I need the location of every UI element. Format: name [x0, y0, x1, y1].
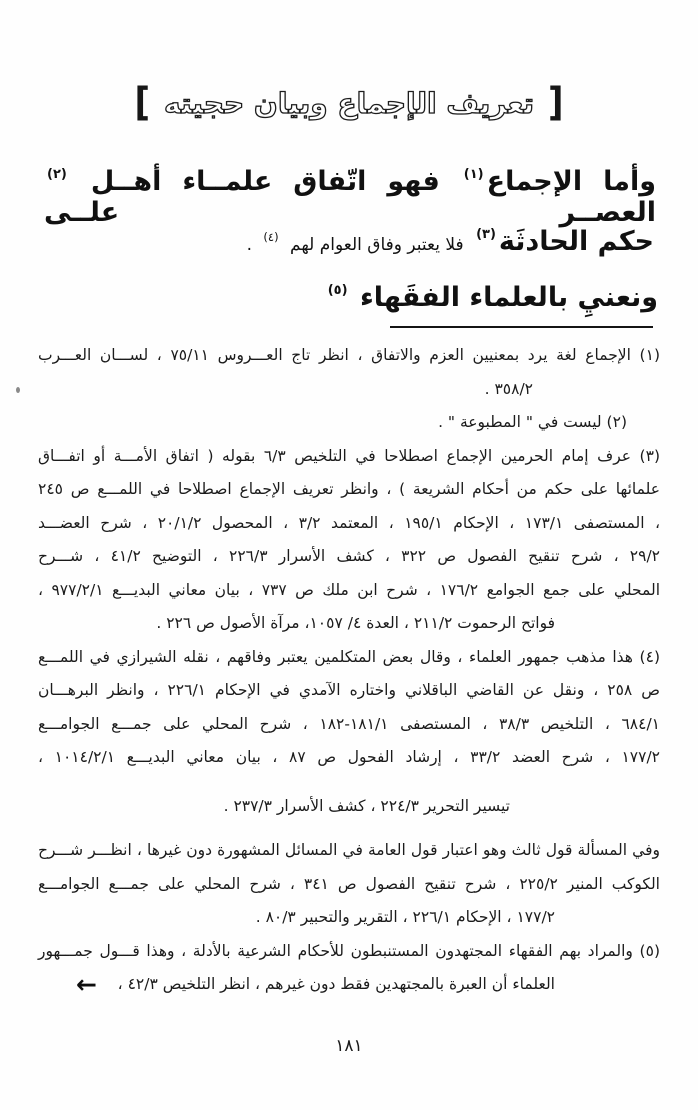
- matn-line1-seg2: فهو اتّفاق علمــاء أهــل: [91, 166, 440, 197]
- footnote-line: فواتح الرحموت ٢١١/٢ ، العدة ٤/ ١٠٥٧، مرآ…: [38, 607, 660, 641]
- footnote-line: (٥) والمراد بهم الفقهاء المجتهدون المستن…: [38, 935, 660, 969]
- footnote-line: تيسير التحرير ٢٢٤/٣ ، كشف الأسرار ٢٣٧/٣ …: [38, 790, 660, 824]
- footnote-ref-5: (٥): [328, 283, 348, 298]
- footnote-line: ، المستصفى ١٧٣/١ ، الإحكام ١٩٥/١ ، المعت…: [38, 507, 660, 541]
- footnote-separator: [390, 326, 653, 328]
- scan-speck: [16, 387, 20, 393]
- footnote-line: (١) الإجماع لغة يرد بمعنيين العزم والاتف…: [38, 339, 660, 373]
- footnote-ref-3: (٣): [476, 227, 496, 242]
- footnotes-section: (١) الإجماع لغة يرد بمعنيين العزم والاتف…: [38, 339, 660, 1002]
- matn-line3-bold: ونعنيِ بالعلماء الفقَهاء: [360, 282, 658, 313]
- footnote-line: ١٧٧/٢ ، شرح العضد ٣٣/٢ ، إرشاد الفحول ص …: [38, 741, 660, 775]
- footnote-line: (٣) عرف إمام الحرمين الإجماع اصطلاحا في …: [38, 440, 660, 474]
- heading-bracket-close: ]: [548, 83, 564, 122]
- footnote-line: وفي المسألة قول ثالث وهو اعتبار قول العا…: [38, 834, 660, 868]
- heading-bracket-open: [: [134, 83, 150, 122]
- matn-line-3: ونعنيِ بالعلماء الفقَهاء (٥): [44, 282, 658, 313]
- matn-line2-period: .: [247, 235, 252, 255]
- footnote-ref-2: (٢): [47, 167, 67, 182]
- footnote-line: ٦٨٤/١ ، التلخيص ٣٨/٣ ، المستصفى ١٨١/١-١٨…: [38, 708, 660, 742]
- heading-title: تعريف الإجماع وبيان حجيته: [164, 87, 534, 120]
- footnote-line: الكوكب المنير ٢٢٥/٢ ، شرح تنقيح الفصول ص…: [38, 868, 660, 902]
- footnote-ref-4: (٤): [263, 230, 278, 244]
- matn-line2-regular: فلا يعتبر وفاق العوام لهم: [290, 235, 464, 255]
- footnote-line: المحلي على جمع الجوامع ١٧٦/٢ ، شرح ابن م…: [38, 574, 660, 608]
- scanned-book-page: [ تعريف الإجماع وبيان حجيته ] وأما الإجم…: [0, 0, 698, 1110]
- footnote-line: ٣٥٨/٢ .: [38, 373, 660, 407]
- footnote-line: ص ٢٥٨ ، ونقل عن القاضي الباقلاني واختاره…: [38, 674, 660, 708]
- footnote-line: ٢٩/٢ ، شرح تنقيح الفصول ص ٣٢٢ ، كشف الأس…: [38, 540, 660, 574]
- footnote-ref-1: (١): [464, 167, 484, 182]
- chapter-heading: [ تعريف الإجماع وبيان حجيته ]: [0, 86, 698, 120]
- matn-line-1: وأما الإجماع(١) فهو اتّفاق علمــاء أهــل…: [44, 166, 656, 228]
- footnote-line: العلماء أن العبرة بالمجتهدين فقط دون غير…: [38, 968, 660, 1002]
- matn-line2-bold: حكم الحادثَة: [499, 226, 654, 257]
- footnote-line: علمائها على حكم من أحكام الشريعة ) ، وان…: [38, 473, 660, 507]
- matn-line1-seg1: وأما الإجماع: [487, 166, 656, 197]
- matn-line1-seg3: العصــر علــى: [44, 197, 656, 228]
- footnote-line: (٢) ليست في " المطبوعة " .: [38, 406, 660, 440]
- footnote-line: ١٧٧/٢ ، الإحكام ٢٢٦/١ ، التقرير والتحبير…: [38, 901, 660, 935]
- page-number: ١٨١: [0, 1036, 698, 1056]
- footnote-line: (٤) هذا مذهب جمهور العلماء ، وقال بعض ال…: [38, 641, 660, 675]
- matn-line-2: حكم الحادثَة(٣) فلا يعتبر وفاق العوام له…: [44, 226, 654, 257]
- continuation-arrow-icon: ←: [76, 972, 97, 997]
